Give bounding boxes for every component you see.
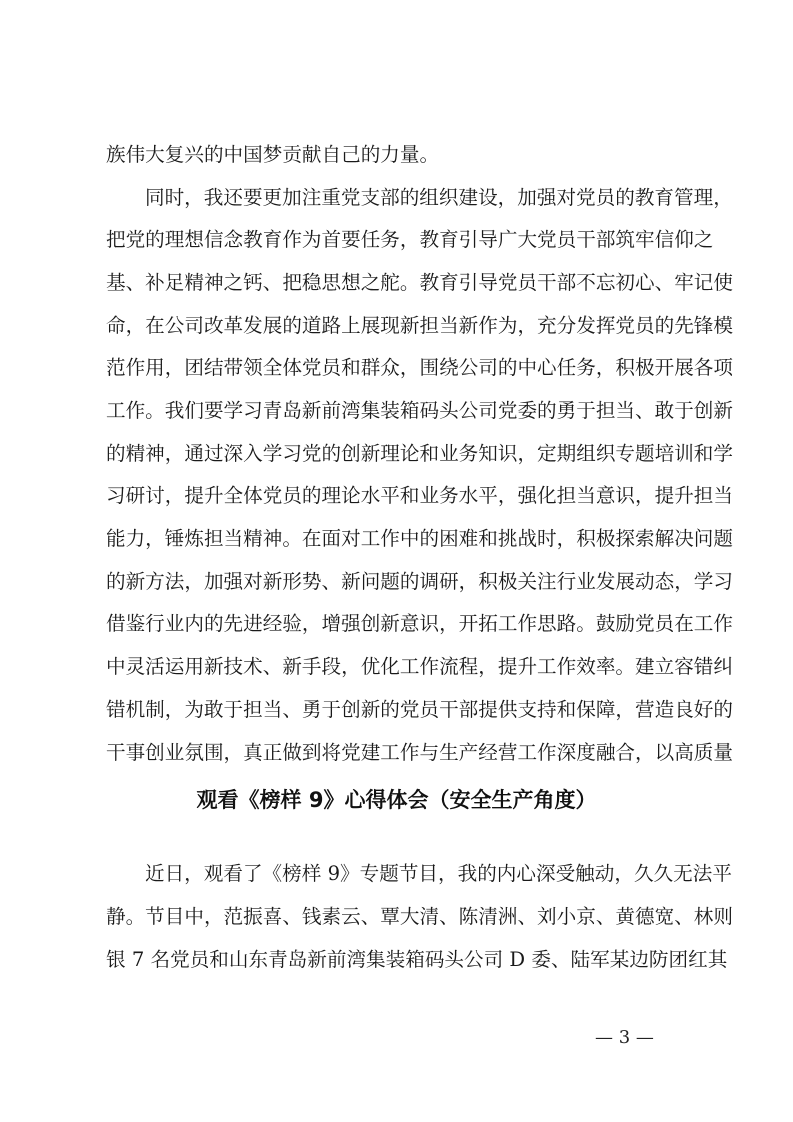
- paragraph-line: 银 7 名党员和山东青岛新前湾集装箱码头公司 D 委、陆军某边防团红其: [106, 945, 690, 975]
- paragraph-line: 范作用，团结带领全体党员和群众，围绕公司的中心任务，积极开展各项: [106, 353, 690, 383]
- paragraph-line: 同时，我还要更加注重党支部的组织建设，加强对党员的教育管理，: [145, 183, 690, 213]
- paragraph-line: 命，在公司改革发展的道路上展现新担当新作为，充分发挥党员的先锋模: [106, 311, 690, 341]
- paragraph-line: 能力，锤炼担当精神。在面对工作中的困难和挑战时，积极探索解决问题: [106, 524, 690, 554]
- paragraph-line: 工作。我们要学习青岛新前湾集装箱码头公司党委的勇于担当、敢于创新: [106, 396, 690, 426]
- paragraph-line: 错机制，为敢于担当、勇于创新的党员干部提供支持和保障，营造良好的: [106, 695, 690, 725]
- paragraph-line: 的精神，通过深入学习党的创新理论和业务知识，定期组织专题培训和学: [106, 439, 690, 469]
- paragraph-line: 中灵活运用新技术、新手段，优化工作流程，提升工作效率。建立容错纠: [106, 652, 690, 682]
- page-number: — 3 —: [595, 1024, 654, 1052]
- paragraph-line: 基、补足精神之钙、把稳思想之舵。教育引导党员干部不忘初心、牢记使: [106, 268, 690, 298]
- paragraph-line: 借鉴行业内的先进经验，增强创新意识，开拓工作思路。鼓励党员在工作: [106, 609, 690, 639]
- paragraph-line: 族伟大复兴的中国梦贡献自己的力量。: [106, 140, 690, 170]
- paragraph-line: 静。节目中，范振喜、钱素云、覃大清、陈清洲、刘小京、黄德宽、林则: [106, 902, 690, 932]
- paragraph-line: 干事创业氛围，真正做到将党建工作与生产经营工作深度融合，以高质量: [106, 738, 690, 768]
- paragraph-line: 的新方法，加强对新形势、新问题的调研，积极关注行业发展动态，学习: [106, 567, 690, 597]
- section-title: 观看《榜样 9》心得体会（安全生产角度）: [0, 785, 793, 815]
- paragraph-line: 把党的理想信念教育作为首要任务，教育引导广大党员干部筑牢信仰之: [106, 225, 690, 255]
- paragraph-line: 近日，观看了《榜样 9》专题节目，我的内心深受触动，久久无法平: [145, 859, 690, 889]
- paragraph-line: 习研讨，提升全体党员的理论水平和业务水平，强化担当意识，提升担当: [106, 481, 690, 511]
- document-page: 族伟大复兴的中国梦贡献自己的力量。 同时，我还要更加注重党支部的组织建设，加强对…: [0, 0, 793, 1122]
